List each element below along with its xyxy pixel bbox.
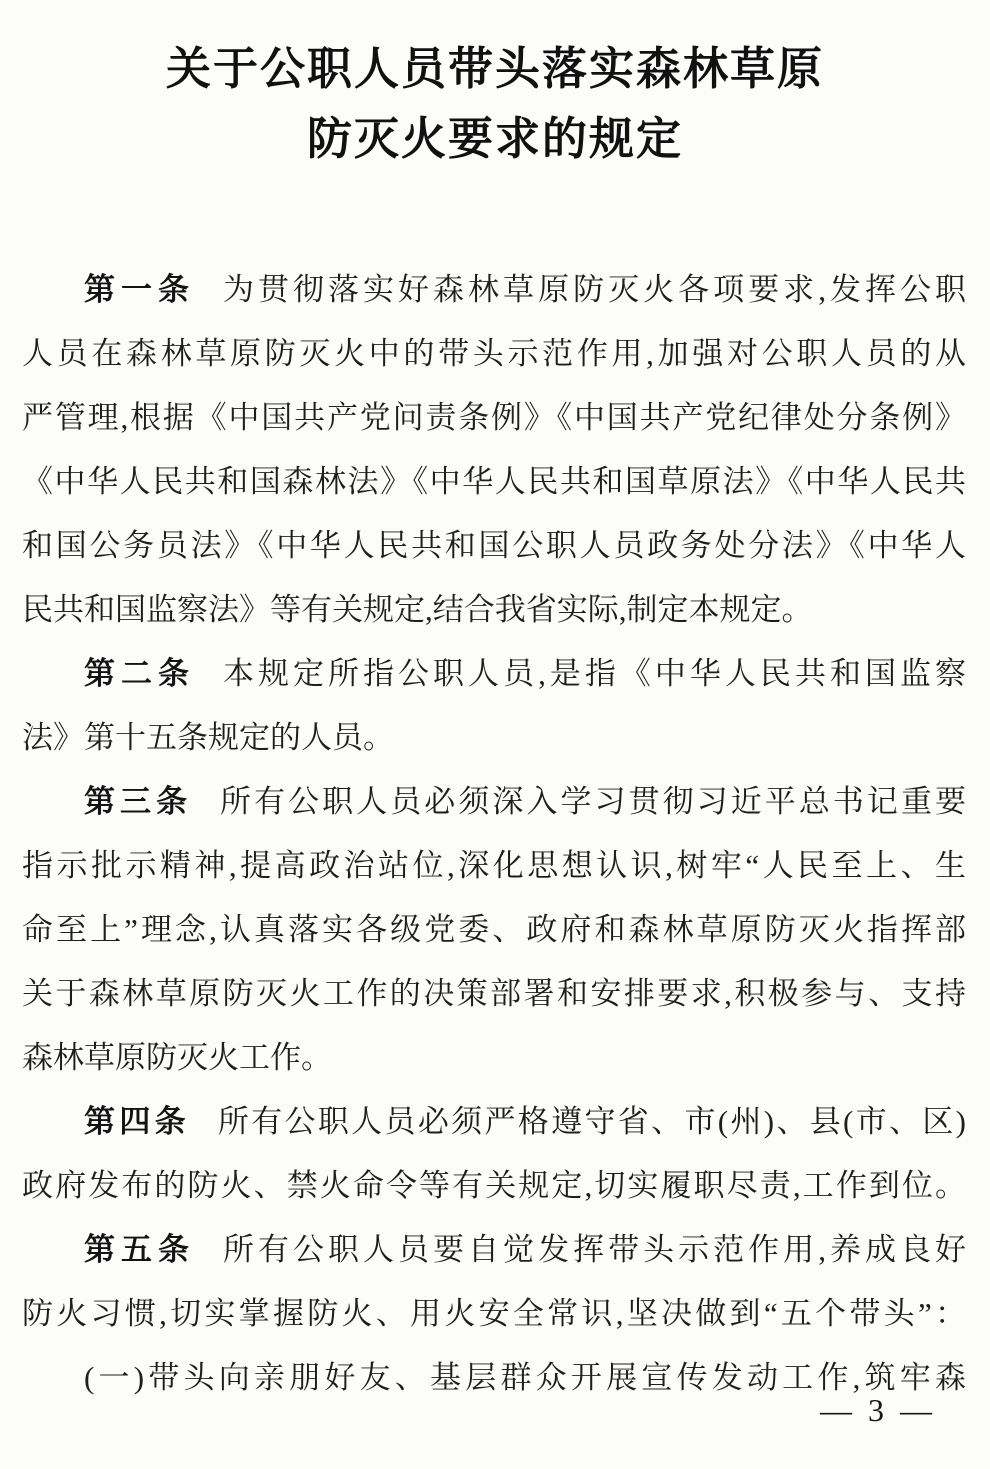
line-text: (一)带头向亲朋好友、基层群众开展宣传发动工作,筑牢森	[84, 1360, 966, 1395]
line-text: 指示批示精神,提高政治站位,深化思想认识,树牢“人民至上、生	[22, 848, 966, 883]
text-line: 《中华人民共和国森林法》《中华人民共和国草原法》《中华人民共	[22, 450, 966, 514]
line-text: 所有公职人员必须深入学习贯彻习近平总书记重要	[220, 784, 966, 819]
line-text: 防火习惯,切实掌握防火、用火安全常识,坚决做到“五个带头”：	[22, 1296, 966, 1331]
line-text: 本规定所指公职人员,是指《中华人民共和国监察	[223, 656, 966, 691]
text-line: 严管理,根据《中国共产党问责条例》《中国共产党纪律处分条例》	[22, 386, 966, 450]
line-text: 为贯彻落实好森林草原防灭火各项要求,发挥公职	[223, 272, 966, 307]
line-text: 法》第十五条规定的人员。	[22, 720, 394, 755]
text-line: 命至上”理念,认真落实各级党委、政府和森林草原防灭火指挥部	[22, 898, 966, 962]
document-title-line-2: 防灭火要求的规定	[0, 104, 990, 174]
line-text: 《中华人民共和国森林法》《中华人民共和国草原法》《中华人民共	[22, 464, 966, 499]
page-number: — 3 —	[820, 1392, 936, 1429]
document-title: 关于公职人员带头落实森林草原 防灭火要求的规定	[0, 0, 990, 174]
text-line: 第四条所有公职人员必须严格遵守省、市(州)、县(市、区)	[22, 1090, 966, 1154]
line-text: 和国公务员法》《中华人民共和国公职人员政务处分法》《中华人	[22, 528, 966, 563]
text-line: 第一条为贯彻落实好森林草原防灭火各项要求,发挥公职	[22, 258, 966, 322]
line-text: 所有公职人员要自觉发挥带头示范作用,养成良好	[223, 1232, 966, 1267]
text-line: 和国公务员法》《中华人民共和国公职人员政务处分法》《中华人	[22, 514, 966, 578]
line-text: 严管理,根据《中国共产党问责条例》《中国共产党纪律处分条例》	[22, 400, 966, 435]
article-number-label: 第五条	[84, 1232, 195, 1267]
line-text: 关于森林草原防灭火工作的决策部署和安排要求,积极参与、支持	[22, 976, 966, 1011]
document-body: 第一条为贯彻落实好森林草原防灭火各项要求,发挥公职人员在森林草原防灭火中的带头示…	[22, 258, 966, 1410]
text-line: 第三条所有公职人员必须深入学习贯彻习近平总书记重要	[22, 770, 966, 834]
text-line: 民共和国监察法》等有关规定,结合我省实际,制定本规定。	[22, 578, 966, 642]
text-line: 防火习惯,切实掌握防火、用火安全常识,坚决做到“五个带头”：	[22, 1282, 966, 1346]
document-page: 关于公职人员带头落实森林草原 防灭火要求的规定 第一条为贯彻落实好森林草原防灭火…	[0, 0, 990, 1469]
line-text: 政府发布的防火、禁火命令等有关规定,切实履职尽责,工作到位。	[22, 1168, 966, 1203]
line-text: 民共和国监察法》等有关规定,结合我省实际,制定本规定。	[22, 592, 813, 627]
article-number-label: 第二条	[84, 656, 195, 691]
article-number-label: 第三条	[84, 784, 192, 819]
document-title-line-1: 关于公职人员带头落实森林草原	[0, 34, 990, 104]
line-text: 森林草原防灭火工作。	[22, 1040, 332, 1075]
text-line: 指示批示精神,提高政治站位,深化思想认识,树牢“人民至上、生	[22, 834, 966, 898]
text-line: 第二条本规定所指公职人员,是指《中华人民共和国监察	[22, 642, 966, 706]
line-text: 人员在森林草原防灭火中的带头示范作用,加强对公职人员的从	[22, 336, 966, 371]
text-line: 关于森林草原防灭火工作的决策部署和安排要求,积极参与、支持	[22, 962, 966, 1026]
text-line: 法》第十五条规定的人员。	[22, 706, 966, 770]
text-line: 森林草原防灭火工作。	[22, 1026, 966, 1090]
line-text: 所有公职人员必须严格遵守省、市(州)、县(市、区)	[218, 1104, 966, 1139]
article-number-label: 第一条	[84, 272, 195, 307]
text-line: 人员在森林草原防灭火中的带头示范作用,加强对公职人员的从	[22, 322, 966, 386]
article-number-label: 第四条	[84, 1104, 190, 1139]
line-text: 命至上”理念,认真落实各级党委、政府和森林草原防灭火指挥部	[22, 912, 966, 947]
text-line: 政府发布的防火、禁火命令等有关规定,切实履职尽责,工作到位。	[22, 1154, 966, 1218]
text-line: 第五条所有公职人员要自觉发挥带头示范作用,养成良好	[22, 1218, 966, 1282]
